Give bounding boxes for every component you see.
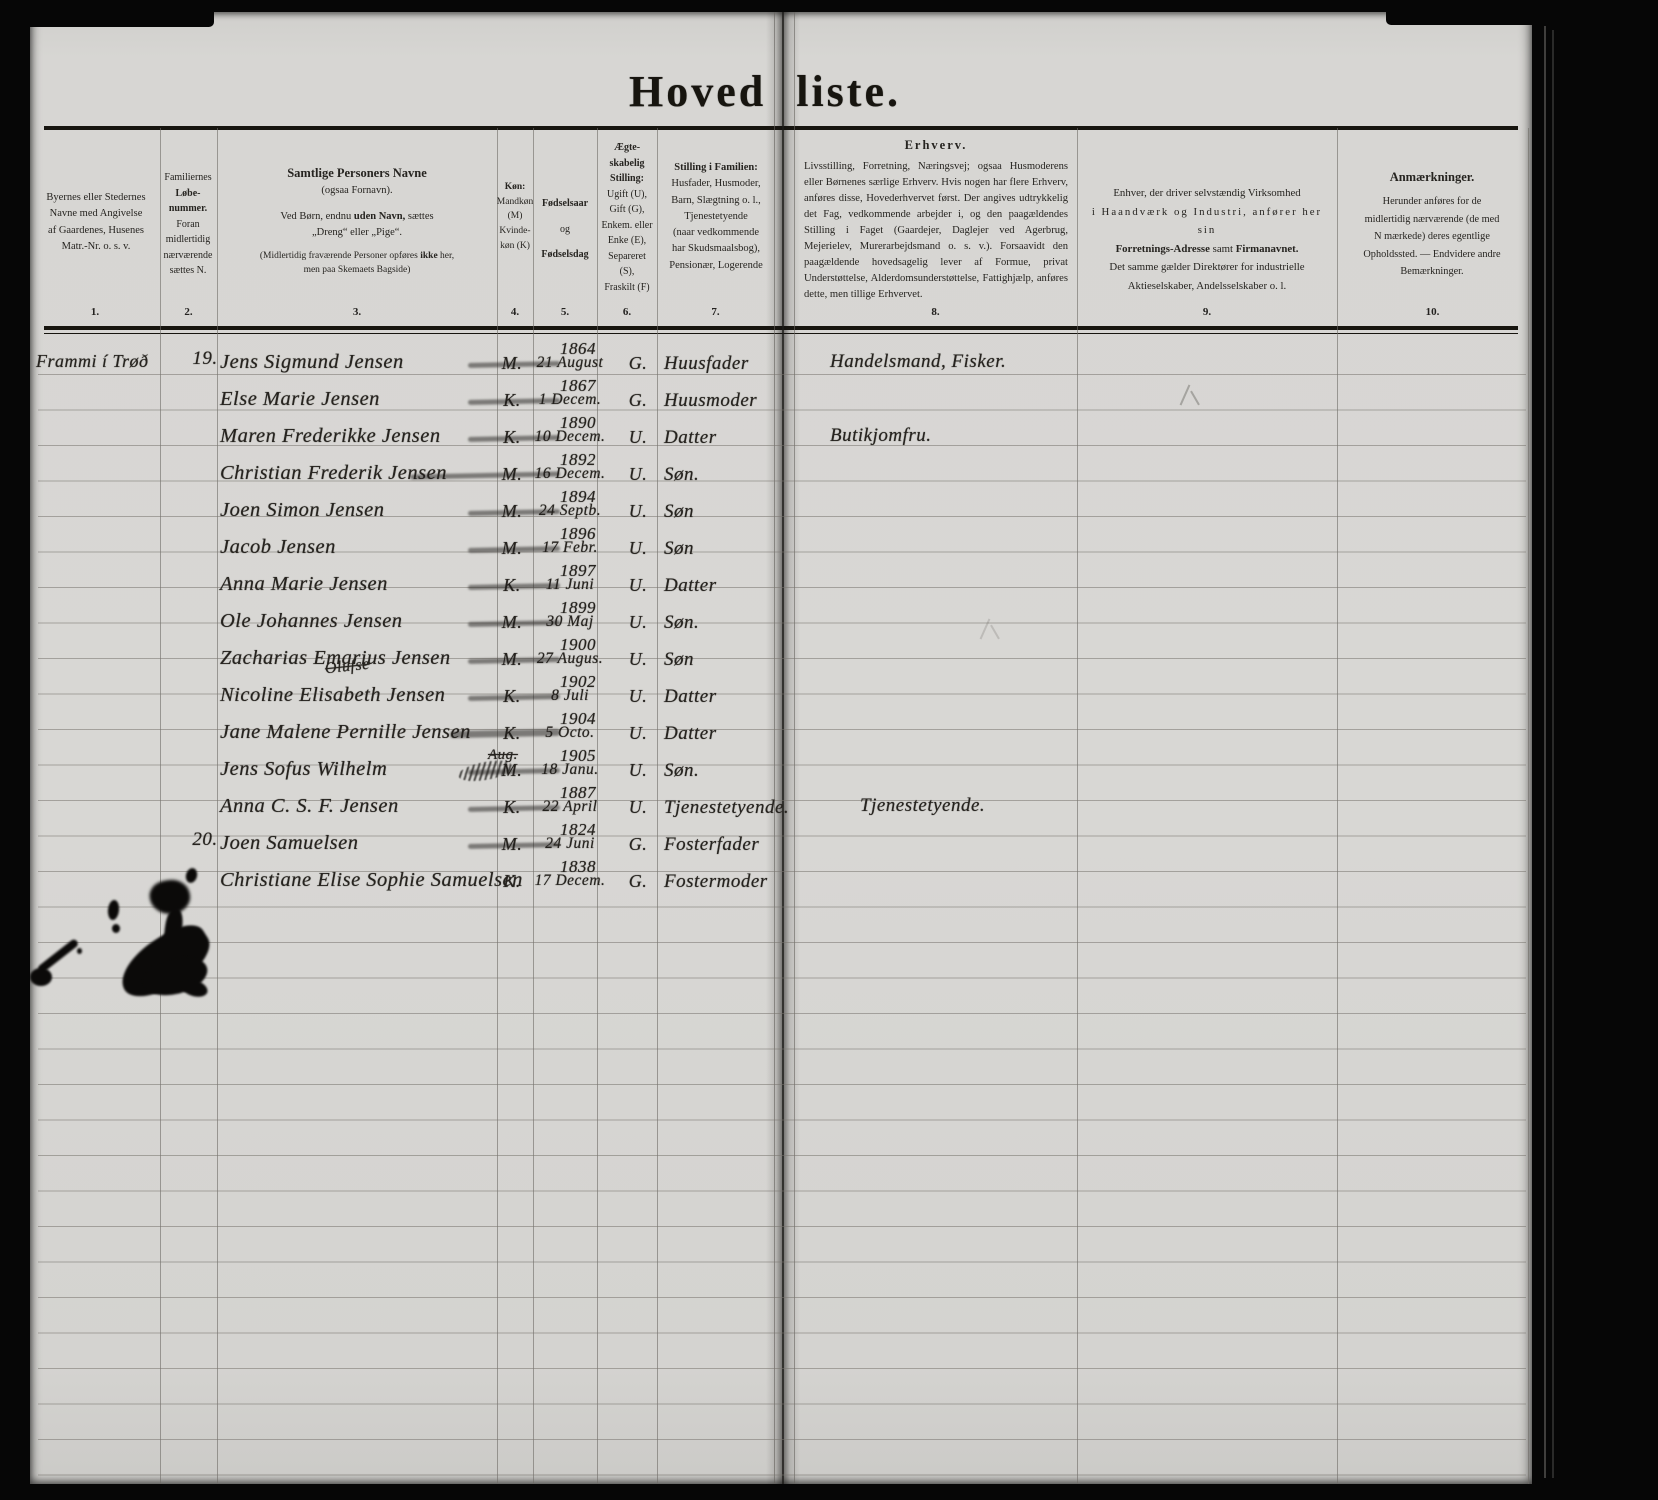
header-col7-rest: Husfader, Husmoder, Barn, Slægtning o. l… bbox=[669, 178, 762, 270]
header-col3-bold: uden Navn, bbox=[354, 211, 405, 222]
ink-blot bbox=[112, 924, 120, 933]
census-row: Christiane Elise Sophie Samuelsen K. 183… bbox=[30, 856, 1532, 894]
header-col1: Byernes eller Stedernes Navne med Angive… bbox=[32, 190, 160, 255]
census-form-paper: Hoved liste. Byernes eller Stedernes Nav… bbox=[30, 12, 1532, 1484]
header-col6: Ægte- skabelig Stilling: Ugift (U), Gift… bbox=[598, 140, 656, 295]
header-col3-note2: her, bbox=[438, 251, 455, 261]
person-name: Ole Johannes Jensen bbox=[220, 610, 403, 633]
header-col2-rest: Foran midlertidig nærværende sættes N. bbox=[164, 219, 213, 277]
marital-status: G. bbox=[615, 871, 661, 892]
family-position: Søn bbox=[664, 501, 694, 523]
header-col9: Enhver, der driver selvstændig Virksomhe… bbox=[1086, 184, 1328, 295]
scan-corner-top-left bbox=[0, 0, 214, 27]
header-col2: Familiernes Løbe- nummer. Foran midlerti… bbox=[158, 170, 218, 279]
header-col10-title: Anmærkninger. bbox=[1390, 170, 1475, 184]
person-name: Jens Sigmund Jensen bbox=[220, 351, 404, 374]
column-number: 1. bbox=[30, 306, 160, 318]
marital-status: U. bbox=[615, 797, 661, 818]
family-position: Datter bbox=[664, 427, 717, 449]
place-name: Frammi í Trøð bbox=[36, 351, 149, 372]
marital-status: U. bbox=[615, 723, 661, 744]
occupation: Tjenestetyende. bbox=[860, 795, 985, 817]
pencil-mark bbox=[982, 618, 1000, 640]
header-col2-bold: Løbe- nummer. bbox=[169, 188, 207, 215]
census-row: Else Marie Jensen K. 1867 1 Decem. G. Hu… bbox=[30, 375, 1532, 413]
header-col4-rest: Mandkøn (M) Kvinde- køn (K) bbox=[497, 197, 533, 251]
family-position: Huusfader bbox=[664, 353, 749, 375]
marital-status: U. bbox=[615, 427, 661, 448]
column-number: 3. bbox=[217, 306, 497, 318]
marital-status: G. bbox=[615, 390, 661, 411]
page-title: Hoved liste. bbox=[30, 66, 1500, 117]
person-name: Else Marie Jensen bbox=[220, 388, 380, 411]
header-col7: Stilling i Familien: Husfader, Husmoder,… bbox=[659, 160, 773, 274]
header-col3-sub: (ogsaa Fornavn). bbox=[321, 185, 392, 196]
marital-status: U. bbox=[615, 538, 661, 559]
census-row: Jens Sofus Wilhelm Aug. M. 1905 18 Janu.… bbox=[30, 745, 1532, 783]
occupation: Butikjomfru. bbox=[830, 425, 932, 447]
column-number: 10. bbox=[1337, 306, 1528, 318]
header-col9-line1: Enhver, der driver selvstændig Virksomhe… bbox=[1113, 187, 1300, 199]
header-col9-bold1: Forretnings-Adresse bbox=[1116, 243, 1210, 255]
person-name: Joen Samuelsen bbox=[220, 832, 359, 855]
person-name: Anna C. S. F. Jensen bbox=[220, 795, 399, 818]
person-name: Nicoline Elisabeth Jensen bbox=[220, 684, 445, 707]
family-position: Tjenestetyende. bbox=[664, 797, 789, 819]
scanned-census-page: Hoved liste. Byernes eller Stedernes Nav… bbox=[0, 0, 1658, 1500]
header-col6-rest: Ugift (U), Gift (G), Enkem. eller Enke (… bbox=[601, 189, 652, 293]
column-number: 9. bbox=[1077, 306, 1337, 318]
header-col6-bold: Ægte- skabelig Stilling: bbox=[609, 142, 644, 184]
header-col7-bold: Stilling i Familien: bbox=[674, 162, 757, 173]
header-col8-title: Erhverv. bbox=[905, 138, 968, 152]
census-row: Joen Simon Jensen M. 1894 24 Septb. U. S… bbox=[30, 486, 1532, 524]
header-col10-body: Herunder anføres for de midlertidig nærv… bbox=[1346, 193, 1518, 281]
scan-corner-top-right bbox=[1386, 0, 1658, 25]
header-col5-bold1: Fødselsaar bbox=[542, 198, 588, 209]
header-col4-bold: Køn: bbox=[505, 182, 526, 192]
person-name: Jacob Jensen bbox=[220, 536, 336, 559]
census-row: Zacharias Emarius Jensen M. 1900 27 Augu… bbox=[30, 634, 1532, 672]
census-row: 20. Joen Samuelsen M. 1824 24 Juni G. Fo… bbox=[30, 819, 1532, 857]
ink-blot bbox=[77, 948, 82, 954]
column-number: 5. bbox=[533, 306, 597, 318]
page-stack-edge bbox=[1544, 26, 1546, 1478]
header-col5: Fødselsaar og Fødselsdag bbox=[534, 196, 596, 263]
page-stack-edge bbox=[1552, 30, 1554, 1478]
person-name: Jane Malene Pernille Jensen bbox=[220, 721, 471, 744]
header-col9-bold2: Firmanavnet. bbox=[1236, 243, 1299, 255]
marital-status: U. bbox=[615, 612, 661, 633]
family-position: Fostermoder bbox=[664, 871, 768, 893]
column-number: 7. bbox=[657, 306, 774, 318]
header-col9-spaced: i Haandværk og Industri, anfører her sin bbox=[1092, 206, 1322, 237]
family-position: Fosterfader bbox=[664, 834, 759, 856]
census-row: Jane Malene Pernille Jensen K. 1904 5 Oc… bbox=[30, 708, 1532, 746]
person-name: Jens Sofus Wilhelm bbox=[220, 758, 387, 781]
census-row: Frammi í Trøð 19. Jens Sigmund Jensen M.… bbox=[30, 338, 1532, 376]
header-col5-mid: og bbox=[534, 222, 596, 238]
scan-border-bottom bbox=[0, 1484, 1658, 1500]
family-position: Huusmoder bbox=[664, 390, 757, 412]
occupation: Handelsmand, Fisker. bbox=[830, 351, 1006, 373]
family-position: Datter bbox=[664, 575, 717, 597]
header-col3-note-bold: ikke bbox=[420, 251, 437, 261]
header-col3: Samtlige Personers Navne (ogsaa Fornavn)… bbox=[223, 164, 491, 278]
birth-day: 17 Decem. bbox=[530, 872, 610, 890]
family-position: Søn. bbox=[664, 760, 699, 782]
crossed-out-word: Olufse bbox=[324, 656, 370, 679]
census-row: Anna Marie Jensen K. 1897 11 Juni U. Dat… bbox=[30, 560, 1532, 598]
family-position: Søn bbox=[664, 649, 694, 671]
header-col4: Køn: Mandkøn (M) Kvinde- køn (K) bbox=[493, 180, 537, 254]
marital-status: U. bbox=[615, 686, 661, 707]
header-col3-line2: sættes bbox=[405, 211, 433, 222]
header-col3-note3: men paa Skemaets Bagside) bbox=[304, 265, 411, 275]
column-number: 2. bbox=[160, 306, 217, 318]
header-col5-bold2: Fødselsdag bbox=[541, 249, 588, 260]
person-name: Anna Marie Jensen bbox=[220, 573, 388, 596]
header-col8-body: Livsstilling, Forretning, Næringsvej; og… bbox=[804, 159, 1068, 302]
marital-status: U. bbox=[615, 575, 661, 596]
scan-border-right bbox=[1532, 0, 1658, 1500]
header-col8: Erhverv. Livsstilling, Forretning, Nærin… bbox=[804, 136, 1068, 302]
census-row: Anna C. S. F. Jensen K. 1887 22 April U.… bbox=[30, 782, 1532, 820]
marital-status: U. bbox=[615, 464, 661, 485]
person-name: Maren Frederikke Jensen bbox=[220, 425, 441, 448]
ink-blot bbox=[30, 968, 52, 986]
header-col9-mid: samt bbox=[1210, 243, 1236, 255]
census-row: Christian Frederik Jensen M. 1892 16 Dec… bbox=[30, 449, 1532, 487]
header-col2-top: Familiernes bbox=[164, 172, 211, 183]
census-row: Jacob Jensen M. 1896 17 Febr. U. Søn bbox=[30, 523, 1532, 561]
column-number: 4. bbox=[497, 306, 533, 318]
family-position: Søn. bbox=[664, 464, 699, 486]
marital-status: U. bbox=[615, 760, 661, 781]
header-col3-line: Ved Børn, endnu bbox=[280, 211, 354, 222]
header-col9-rest: Det samme gælder Direktører for industri… bbox=[1109, 261, 1304, 292]
census-row: Maren Frederikke Jensen K. 1890 10 Decem… bbox=[30, 412, 1532, 450]
marital-status: U. bbox=[615, 501, 661, 522]
header-col3-quote: „Dreng“ eller „Pige“. bbox=[312, 227, 402, 238]
sex-mark: K. bbox=[492, 871, 532, 892]
family-position: Datter bbox=[664, 686, 717, 708]
header-col10: Anmærkninger. Herunder anføres for de mi… bbox=[1346, 168, 1518, 281]
marital-status: G. bbox=[615, 353, 661, 374]
marital-status: G. bbox=[615, 834, 661, 855]
header-col3-title: Samtlige Personers Navne bbox=[287, 166, 427, 180]
column-number: 8. bbox=[794, 306, 1077, 318]
census-row: Ole Johannes Jensen M. 1899 30 Maj U. Sø… bbox=[30, 597, 1532, 635]
person-name: Joen Simon Jensen bbox=[220, 499, 384, 522]
header-col3-note: (Midlertidig fraværende Personer opføres bbox=[260, 251, 420, 261]
scan-border-left bbox=[0, 0, 30, 1500]
family-position: Søn bbox=[664, 538, 694, 560]
pencil-mark bbox=[1182, 384, 1208, 414]
family-position: Datter bbox=[664, 723, 717, 745]
family-position: Søn. bbox=[664, 612, 699, 634]
person-name: Christiane Elise Sophie Samuelsen bbox=[220, 869, 523, 892]
census-row: Olufse Nicoline Elisabeth Jensen K. 1902… bbox=[30, 671, 1532, 709]
marital-status: U. bbox=[615, 649, 661, 670]
column-number: 6. bbox=[597, 306, 657, 318]
